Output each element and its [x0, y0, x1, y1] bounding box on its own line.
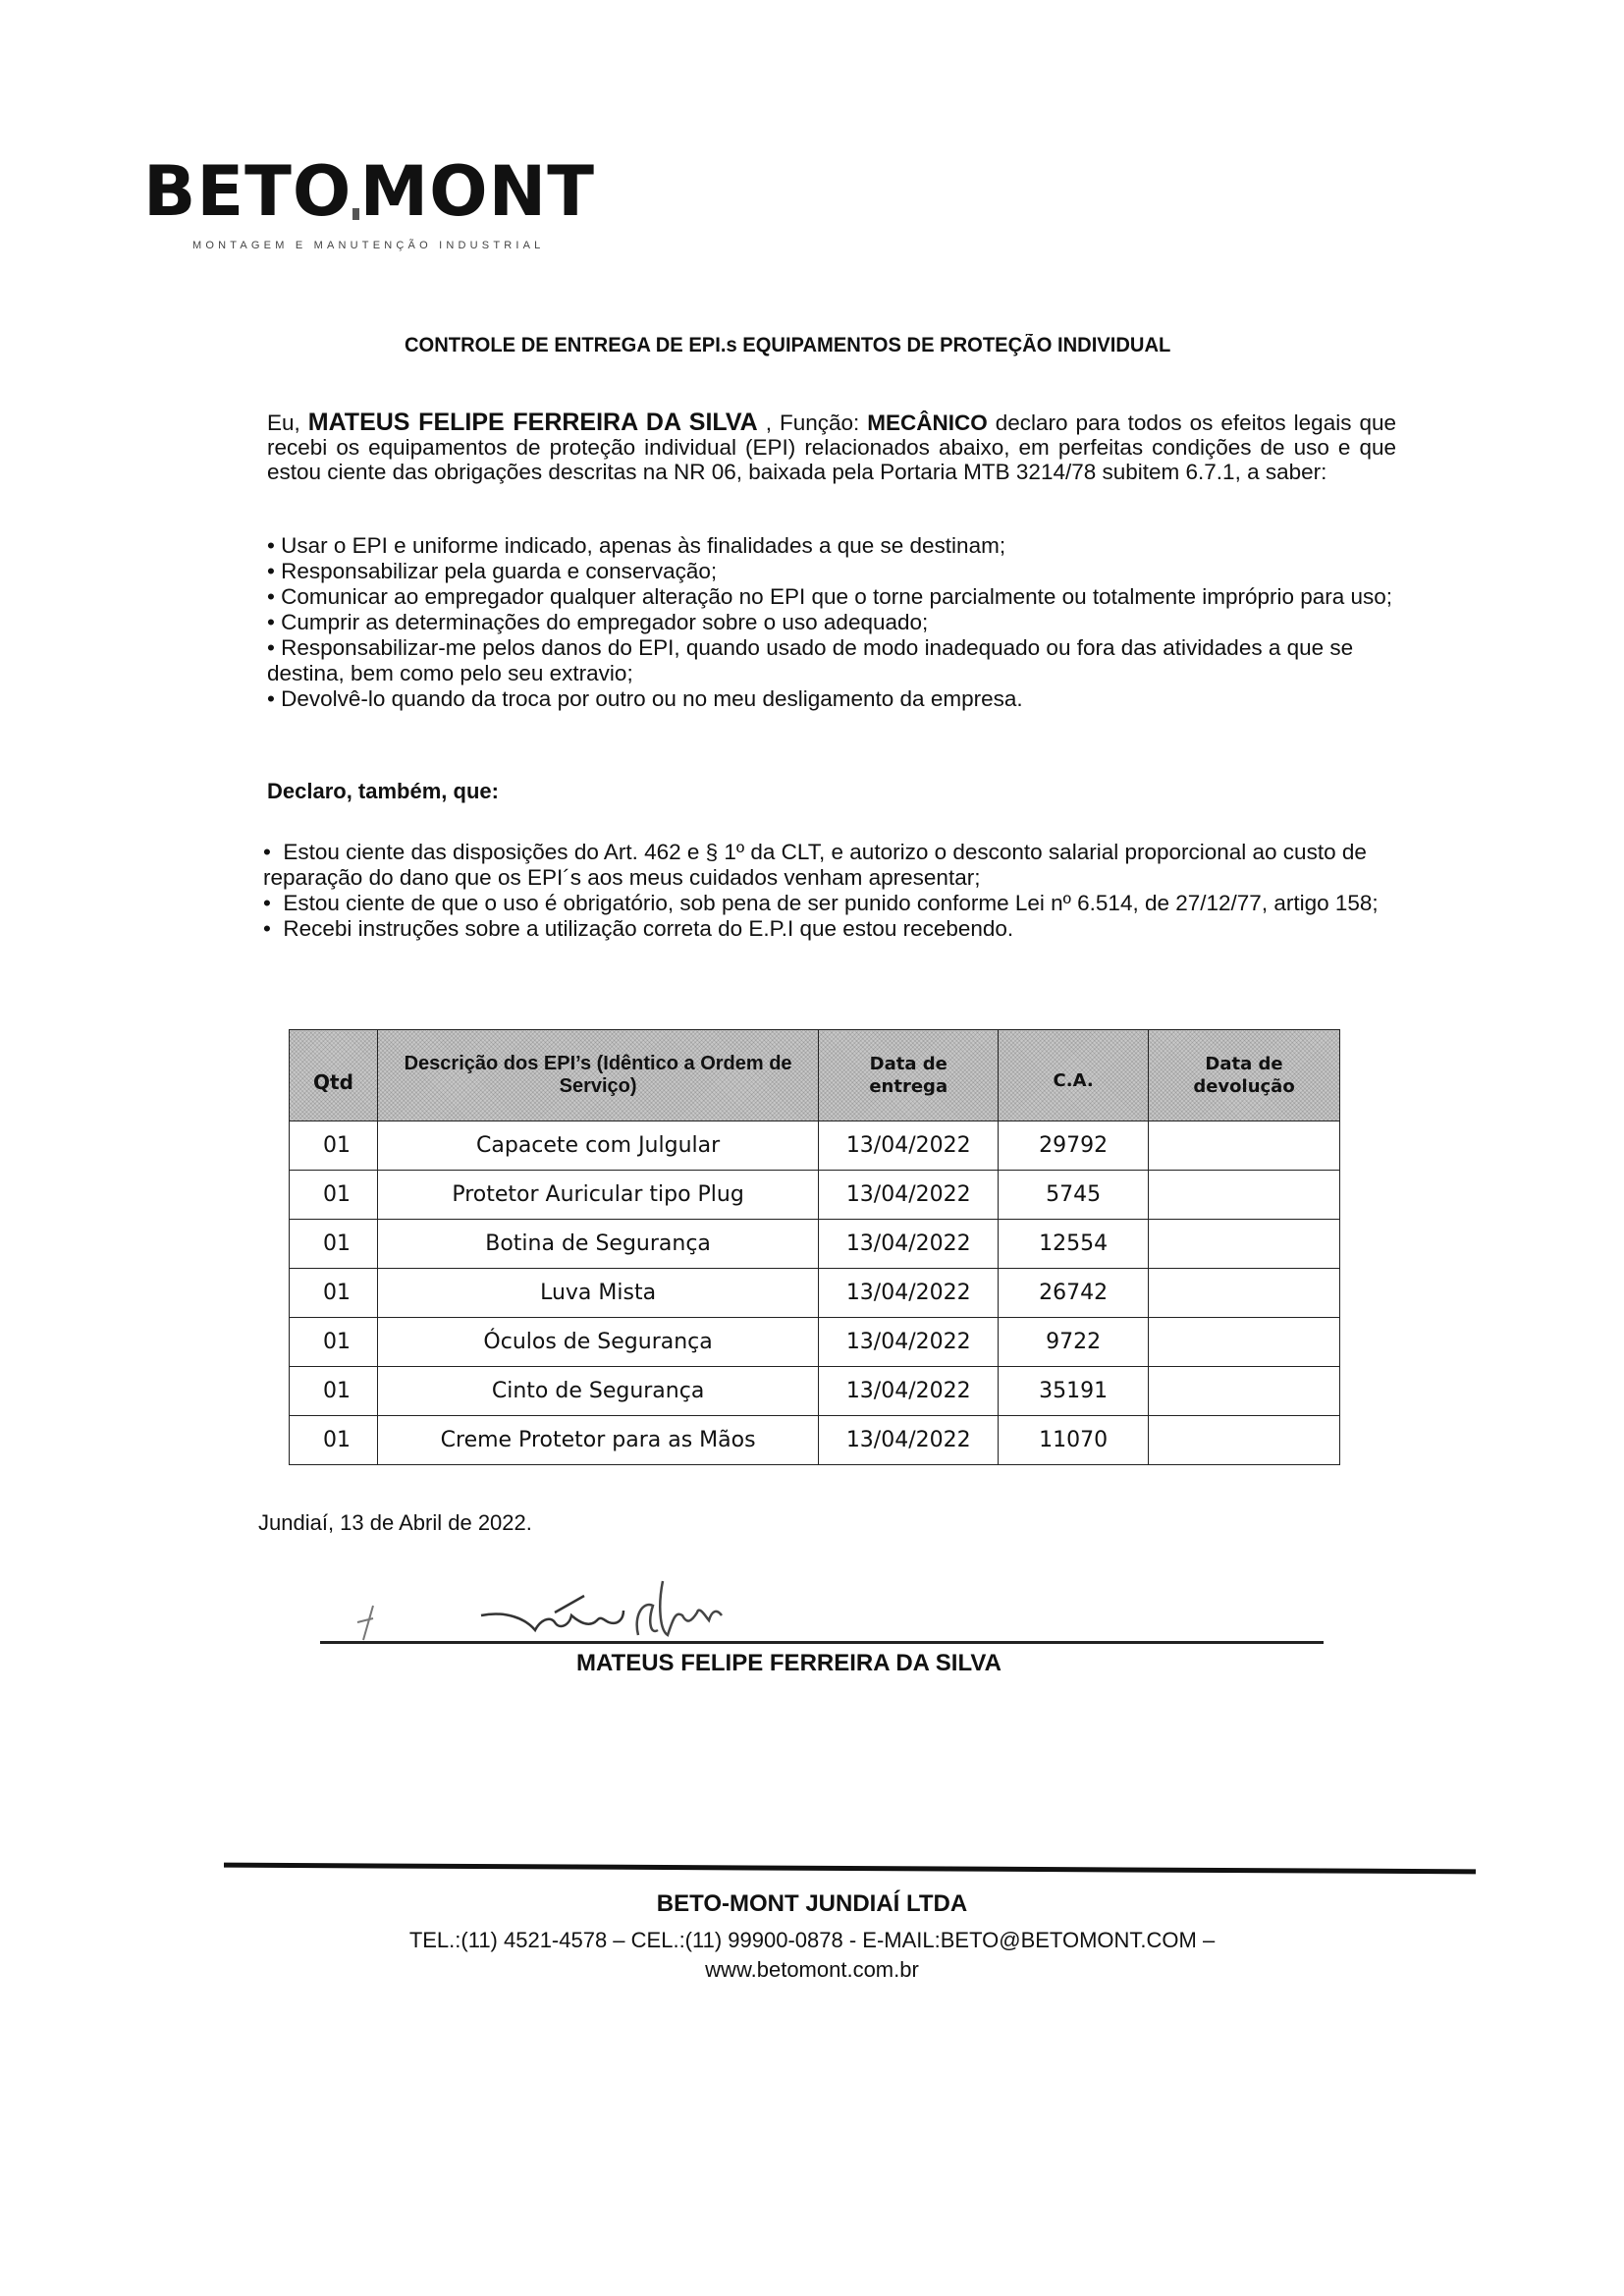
employee-name: MATEUS FELIPE FERREIRA DA SILVA — [308, 409, 758, 436]
table-header-row: Qtd Descrição dos EPI’s (Idêntico a Orde… — [290, 1030, 1340, 1121]
header-qtd: Qtd — [290, 1030, 378, 1121]
cell-descricao: Óculos de Segurança — [377, 1318, 818, 1367]
obligation-item: • Devolvê-lo quando da troca por outro o… — [267, 686, 1426, 712]
cell-qtd: 01 — [290, 1121, 378, 1171]
cell-descricao: Creme Protetor para as Mãos — [377, 1416, 818, 1465]
cell-descricao: Capacete com Julgular — [377, 1121, 818, 1171]
cell-data-devolucao — [1149, 1121, 1340, 1171]
obligation-item: • Responsabilizar-me pelos danos do EPI,… — [267, 635, 1377, 686]
footer-website: www.betomont.com.br — [0, 1957, 1624, 1983]
declaration-paragraph: Eu, MATEUS FELIPE FERREIRA DA SILVA , Fu… — [267, 410, 1396, 484]
header-descricao: Descrição dos EPI’s (Idêntico a Ordem de… — [377, 1030, 818, 1121]
cell-descricao: Protetor Auricular tipo Plug — [377, 1171, 818, 1220]
cell-qtd: 01 — [290, 1416, 378, 1465]
cell-qtd: 01 — [290, 1269, 378, 1318]
cell-ca: 9722 — [999, 1318, 1149, 1367]
footer-contact: TEL.:(11) 4521-4578 – CEL.:(11) 99900-08… — [0, 1928, 1624, 1953]
obligation-item: • Responsabilizar pela guarda e conserva… — [267, 559, 1426, 584]
cell-ca: 5745 — [999, 1171, 1149, 1220]
cell-qtd: 01 — [290, 1220, 378, 1269]
also-declare-text: Estou ciente das disposições do Art. 462… — [263, 840, 1367, 890]
cell-qtd: 01 — [290, 1367, 378, 1416]
obligation-item: • Comunicar ao empregador qualquer alter… — [267, 584, 1426, 610]
cell-qtd: 01 — [290, 1171, 378, 1220]
obligation-text: Responsabilizar pela guarda e conservaçã… — [281, 559, 717, 583]
cell-data-devolucao — [1149, 1416, 1340, 1465]
signer-printed-name: MATEUS FELIPE FERREIRA DA SILVA — [576, 1650, 1001, 1677]
table-row: 01Cinto de Segurança13/04/202235191 — [290, 1367, 1340, 1416]
cell-data-devolucao — [1149, 1318, 1340, 1367]
cell-ca: 29792 — [999, 1121, 1149, 1171]
also-declare-heading: Declaro, também, que: — [267, 779, 499, 804]
cell-data-devolucao — [1149, 1367, 1340, 1416]
footer-divider — [224, 1863, 1476, 1875]
cell-data-entrega: 13/04/2022 — [819, 1367, 999, 1416]
also-declare-item: • Estou ciente das disposições do Art. 4… — [263, 840, 1373, 891]
epi-table: Qtd Descrição dos EPI’s (Idêntico a Orde… — [289, 1029, 1340, 1465]
table-row: 01Capacete com Julgular13/04/202229792 — [290, 1121, 1340, 1171]
company-logo: BETOMONT MONTAGEM E MANUTENÇÃO INDUSTRIA… — [143, 157, 595, 251]
cell-ca: 11070 — [999, 1416, 1149, 1465]
header-data-entrega: Data de entrega — [819, 1030, 999, 1121]
obligation-text: Devolvê-lo quando da troca por outro ou … — [281, 686, 1022, 711]
also-declare-text: Estou ciente de que o uso é obrigatório,… — [283, 891, 1378, 915]
also-declare-item: • Recebi instruções sobre a utilização c… — [263, 916, 1402, 942]
place-and-date: Jundiaí, 13 de Abril de 2022. — [258, 1510, 532, 1536]
cell-descricao: Cinto de Segurança — [377, 1367, 818, 1416]
table-row: 01Luva Mista13/04/202226742 — [290, 1269, 1340, 1318]
cell-data-entrega: 13/04/2022 — [819, 1318, 999, 1367]
logo-wordmark: BETOMONT — [143, 157, 595, 226]
cell-ca: 35191 — [999, 1367, 1149, 1416]
obligation-text: Comunicar ao empregador qualquer alteraç… — [281, 584, 1392, 609]
logo-text-left: BETO — [143, 157, 352, 226]
cell-data-devolucao — [1149, 1220, 1340, 1269]
cell-data-entrega: 13/04/2022 — [819, 1121, 999, 1171]
cell-ca: 26742 — [999, 1269, 1149, 1318]
signature-line — [320, 1641, 1324, 1644]
logo-tagline: MONTAGEM E MANUTENÇÃO INDUSTRIAL — [192, 240, 595, 251]
table-row: 01Botina de Segurança13/04/202212554 — [290, 1220, 1340, 1269]
cell-descricao: Botina de Segurança — [377, 1220, 818, 1269]
cell-ca: 12554 — [999, 1220, 1149, 1269]
declaration-prefix: Eu, — [267, 410, 308, 435]
logo-text-right: MONT — [360, 157, 596, 226]
cell-data-devolucao — [1149, 1171, 1340, 1220]
also-declare-text: Recebi instruções sobre a utilização cor… — [283, 916, 1013, 941]
obligation-text: Cumprir as determinações do empregador s… — [281, 610, 928, 634]
also-declare-item: • Estou ciente de que o uso é obrigatóri… — [263, 891, 1406, 916]
table-row: 01Protetor Auricular tipo Plug13/04/2022… — [290, 1171, 1340, 1220]
header-data-devolucao: Data de devolução — [1149, 1030, 1340, 1121]
obligation-item: • Cumprir as determinações do empregador… — [267, 610, 1426, 635]
also-declare-list: • Estou ciente das disposições do Art. 4… — [263, 840, 1402, 942]
footer-company-name: BETO-MONT JUNDIAÍ LTDA — [0, 1890, 1624, 1918]
obligation-text: Usar o EPI e uniforme indicado, apenas à… — [281, 533, 1005, 558]
obligations-list: • Usar o EPI e uniforme indicado, apenas… — [267, 533, 1426, 712]
obligation-text: Responsabilizar-me pelos danos do EPI, q… — [267, 635, 1353, 685]
role-label: , Função: — [758, 410, 868, 435]
cell-descricao: Luva Mista — [377, 1269, 818, 1318]
table-row: 01Óculos de Segurança13/04/20229722 — [290, 1318, 1340, 1367]
cell-data-entrega: 13/04/2022 — [819, 1171, 999, 1220]
table-row: 01Creme Protetor para as Mãos13/04/20221… — [290, 1416, 1340, 1465]
logo-dot-icon — [352, 208, 358, 220]
obligation-item: • Usar o EPI e uniforme indicado, apenas… — [267, 533, 1426, 559]
cell-data-entrega: 13/04/2022 — [819, 1269, 999, 1318]
document-title: CONTROLE DE ENTREGA DE EPI.s EQUIPAMENTO… — [405, 334, 1170, 357]
header-ca: C.A. — [999, 1030, 1149, 1121]
employee-role: MECÂNICO — [867, 410, 988, 435]
cell-qtd: 01 — [290, 1318, 378, 1367]
cell-data-entrega: 13/04/2022 — [819, 1416, 999, 1465]
cell-data-entrega: 13/04/2022 — [819, 1220, 999, 1269]
cell-data-devolucao — [1149, 1269, 1340, 1318]
